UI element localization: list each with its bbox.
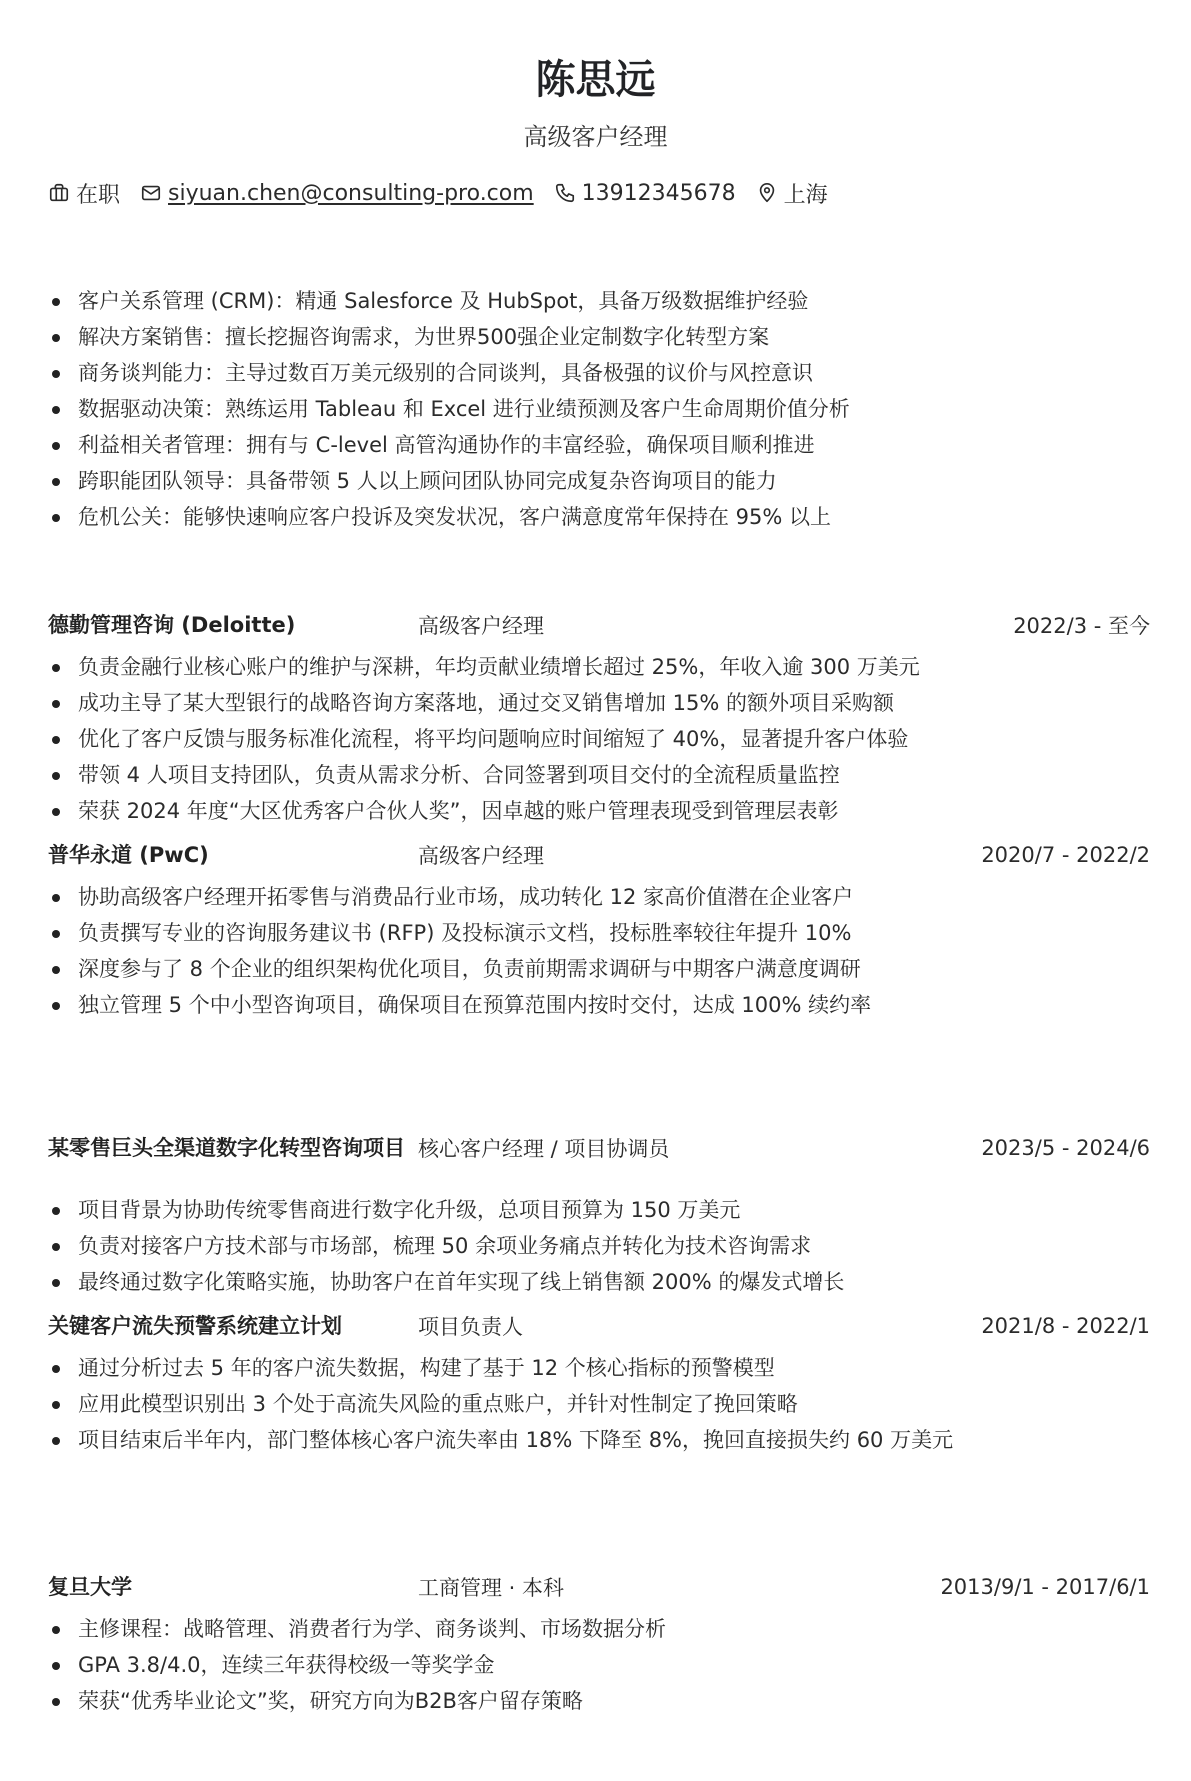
company-name: 普华永道 (PwC) [48,838,418,872]
degree: 工商管理 · 本科 [418,1572,940,1602]
skill-item: 数据驱动决策：熟练运用 Tableau 和 Excel 进行业绩预测及客户生命周… [48,391,1150,427]
skill-item: 商务谈判能力：主导过数百万美元级别的合同谈判，具备极强的议价与风控意识 [48,355,1150,391]
achievement-item: 负责对接客户方技术部与市场部，梳理 50 余项业务痛点并转化为技术咨询需求 [48,1228,1150,1264]
candidate-name: 陈思远 [0,52,1191,108]
location-text: 上海 [784,178,828,209]
education-section: 复旦大学 工商管理 · 本科 2013/9/1 - 2017/6/1 主修课程：… [48,1567,1150,1725]
phone-text: 13912345678 [582,181,736,206]
contact-phone: 13912345678 [554,181,736,206]
skill-item: 危机公关：能够快速响应客户投诉及突发状况，客户满意度常年保持在 95% 以上 [48,499,1150,535]
school-name: 复旦大学 [48,1570,418,1604]
achievement-list: 项目背景为协助传统零售商进行数字化升级，总项目预算为 150 万美元 负责对接客… [48,1192,1150,1300]
achievement-item: 应用此模型识别出 3 个处于高流失风险的重点账户，并针对性制定了挽回策略 [48,1386,1150,1422]
project-name: 某零售巨头全渠道数字化转型咨询项目 [48,1131,418,1165]
achievement-item: 通过分析过去 5 年的客户流失数据，构建了基于 12 个核心指标的预警模型 [48,1350,1150,1386]
job-role: 高级客户经理 [418,840,981,870]
achievement-item: 独立管理 5 个中小型咨询项目，确保项目在预算范围内按时交付，达成 100% 续… [48,987,1150,1023]
entry-header: 某零售巨头全渠道数字化转型咨询项目 核心客户经理 / 项目协调员 2023/5 … [48,1108,1150,1188]
project-role: 项目负责人 [418,1311,981,1341]
achievement-item: 成功主导了某大型银行的战略咨询方案落地，通过交叉销售增加 15% 的额外项目采购… [48,685,1150,721]
entry-header: 复旦大学 工商管理 · 本科 2013/9/1 - 2017/6/1 [48,1567,1150,1607]
project-role: 核心客户经理 / 项目协调员 [418,1133,981,1163]
email-link[interactable]: siyuan.chen@consulting-pro.com [168,181,534,206]
phone-icon [554,182,576,204]
achievement-list: 协助高级客户经理开拓零售与消费品行业市场，成功转化 12 家高价值潜在企业客户 … [48,879,1150,1023]
date-range: 2023/5 - 2024/6 [981,1136,1150,1160]
achievement-item: 带领 4 人项目支持团队，负责从需求分析、合同签署到项目交付的全流程质量监控 [48,757,1150,793]
skill-item: 利益相关者管理：拥有与 C-level 高管沟通协作的丰富经验，确保项目顺利推进 [48,427,1150,463]
job-role: 高级客户经理 [418,610,1013,640]
achievement-item: 负责金融行业核心账户的维护与深耕，年均贡献业绩增长超过 25%，年收入逾 300… [48,649,1150,685]
candidate-title: 高级客户经理 [0,120,1191,154]
company-name: 德勤管理咨询 (Deloitte) [48,608,418,642]
achievement-item: 最终通过数字化策略实施，协助客户在首年实现了线上销售额 200% 的爆发式增长 [48,1264,1150,1300]
status-text: 在职 [76,178,120,209]
date-range: 2022/3 - 至今 [1013,610,1150,640]
education-details: 主修课程：战略管理、消费者行为学、商务谈判、市场数据分析 GPA 3.8/4.0… [48,1611,1150,1719]
skill-item: 跨职能团队领导：具备带领 5 人以上顾问团队协同完成复杂咨询项目的能力 [48,463,1150,499]
education-item: 荣获“优秀毕业论文”奖，研究方向为B2B客户留存策略 [48,1683,1150,1719]
achievement-item: 项目背景为协助传统零售商进行数字化升级，总项目预算为 150 万美元 [48,1192,1150,1228]
date-range: 2020/7 - 2022/2 [981,843,1150,867]
entry-header: 德勤管理咨询 (Deloitte) 高级客户经理 2022/3 - 至今 [48,605,1150,645]
achievement-item: 优化了客户反馈与服务标准化流程，将平均问题响应时间缩短了 40%，显著提升客户体… [48,721,1150,757]
date-range: 2021/8 - 2022/1 [981,1314,1150,1338]
achievement-item: 负责撰写专业的咨询服务建议书 (RFP) 及投标演示文档，投标胜率较往年提升 1… [48,915,1150,951]
resume-page: 陈思远 高级客户经理 在职 siyuan.chen@consulting-pro… [0,0,1191,1781]
project-entry: 关键客户流失预警系统建立计划 项目负责人 2021/8 - 2022/1 通过分… [48,1306,1150,1458]
achievement-item: 协助高级客户经理开拓零售与消费品行业市场，成功转化 12 家高价值潜在企业客户 [48,879,1150,915]
education-item: 主修课程：战略管理、消费者行为学、商务谈判、市场数据分析 [48,1611,1150,1647]
achievement-list: 负责金融行业核心账户的维护与深耕，年均贡献业绩增长超过 25%，年收入逾 300… [48,649,1150,829]
contact-location: 上海 [756,178,828,209]
contact-bar: 在职 siyuan.chen@consulting-pro.com 139123… [48,176,848,210]
entry-header: 普华永道 (PwC) 高级客户经理 2020/7 - 2022/2 [48,835,1150,875]
skills-list: 客户关系管理 (CRM)：精通 Salesforce 及 HubSpot，具备万… [48,283,1150,535]
achievement-list: 通过分析过去 5 年的客户流失数据，构建了基于 12 个核心指标的预警模型 应用… [48,1350,1150,1458]
entry-header: 关键客户流失预警系统建立计划 项目负责人 2021/8 - 2022/1 [48,1306,1150,1346]
achievement-item: 项目结束后半年内，部门整体核心客户流失率由 18% 下降至 8%，挽回直接损失约… [48,1422,1150,1458]
project-name: 关键客户流失预警系统建立计划 [48,1309,418,1343]
experience-section: 德勤管理咨询 (Deloitte) 高级客户经理 2022/3 - 至今 负责金… [48,605,1150,1029]
achievement-item: 深度参与了 8 个企业的组织架构优化项目，负责前期需求调研与中期客户满意度调研 [48,951,1150,987]
briefcase-icon [48,182,70,204]
achievement-item: 荣获 2024 年度“大区优秀客户合伙人奖”，因卓越的账户管理表现受到管理层表彰 [48,793,1150,829]
project-entry: 某零售巨头全渠道数字化转型咨询项目 核心客户经理 / 项目协调员 2023/5 … [48,1108,1150,1300]
mail-icon [140,182,162,204]
skill-item: 解决方案销售：擅长挖掘咨询需求，为世界500强企业定制数字化转型方案 [48,319,1150,355]
education-item: GPA 3.8/4.0，连续三年获得校级一等奖学金 [48,1647,1150,1683]
location-icon [756,182,778,204]
skills-section: 客户关系管理 (CRM)：精通 Salesforce 及 HubSpot，具备万… [48,283,1150,535]
projects-section: 某零售巨头全渠道数字化转型咨询项目 核心客户经理 / 项目协调员 2023/5 … [48,1108,1150,1464]
contact-status: 在职 [48,178,120,209]
experience-entry: 普华永道 (PwC) 高级客户经理 2020/7 - 2022/2 协助高级客户… [48,835,1150,1023]
contact-email: siyuan.chen@consulting-pro.com [140,181,534,206]
date-range: 2013/9/1 - 2017/6/1 [940,1575,1150,1599]
experience-entry: 德勤管理咨询 (Deloitte) 高级客户经理 2022/3 - 至今 负责金… [48,605,1150,829]
education-entry: 复旦大学 工商管理 · 本科 2013/9/1 - 2017/6/1 主修课程：… [48,1567,1150,1719]
skill-item: 客户关系管理 (CRM)：精通 Salesforce 及 HubSpot，具备万… [48,283,1150,319]
